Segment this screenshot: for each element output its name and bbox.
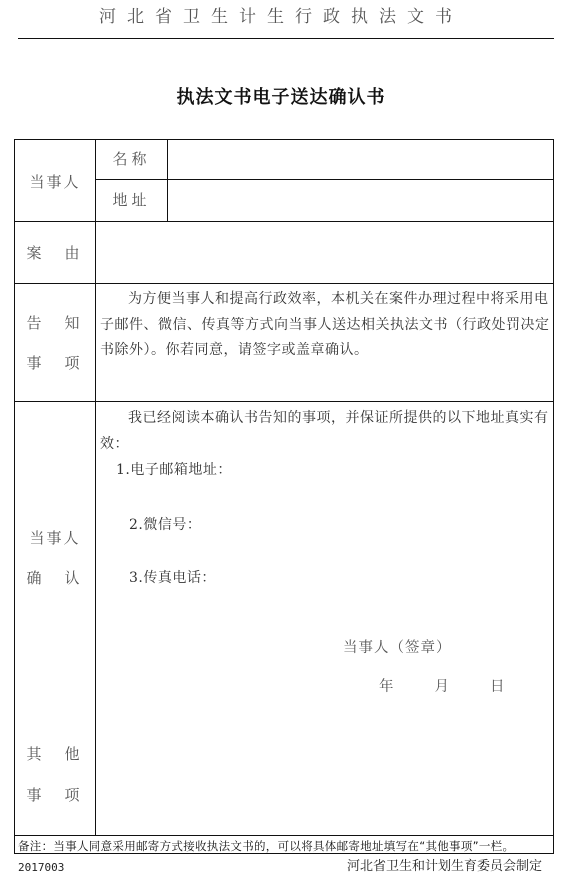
divider-after-party: [15, 221, 553, 222]
party-address-field[interactable]: [169, 182, 551, 220]
divider-after-case-cause: [15, 283, 553, 284]
fax-item-label: 3.传真电话：: [129, 566, 216, 592]
notice-text: 为方便当事人和提高行政效率，本机关在案件办理过程中将采用电子邮件、微信、传真等方…: [100, 287, 550, 364]
header-divider: [18, 38, 554, 39]
notice-label-line2: 事 项: [15, 353, 95, 373]
divider-sublabel-column: [167, 140, 168, 222]
case-cause-field[interactable]: [97, 224, 551, 282]
confirmation-intro: 我已经阅读本确认书告知的事项，并保证所提供的以下地址真实有效：: [100, 406, 550, 457]
divider-before-note: [15, 835, 553, 836]
document-title: 执法文书电子送达确认书: [0, 86, 562, 110]
issuer: 河北省卫生和计划生育委员会制定: [347, 858, 542, 876]
other-label-line1: 其 他: [15, 744, 95, 764]
wechat-field[interactable]: [215, 513, 545, 537]
case-cause-label: 案 由: [15, 243, 95, 263]
signature-field[interactable]: [315, 630, 515, 666]
email-item-label: 1.电子邮箱地址：: [116, 458, 232, 484]
party-name-label: 名称: [96, 149, 167, 169]
confirmation-label-line2: 确 认: [15, 568, 95, 588]
fax-field[interactable]: [225, 566, 545, 590]
other-field[interactable]: [97, 710, 551, 832]
other-label-line2: 事 项: [15, 785, 95, 805]
document-code: 2017003: [18, 860, 64, 876]
divider-label-column: [95, 140, 96, 836]
wechat-item-label: 2.微信号：: [129, 513, 201, 539]
email-field[interactable]: [235, 458, 545, 482]
signature-date: 年 月 日: [379, 675, 509, 701]
confirmation-label-line1: 当事人: [15, 528, 95, 548]
party-name-field[interactable]: [169, 142, 551, 178]
remark-note: 备注：当事人同意采用邮寄方式接收执法文书的，可以将具体邮寄地址填写在“其他事项”…: [18, 838, 514, 854]
divider-name-address: [95, 179, 553, 180]
header-title: 河北省卫生计生行政执法文书: [0, 6, 562, 28]
divider-after-notice: [15, 401, 553, 402]
notice-label-line1: 告 知: [15, 313, 95, 333]
form-table: 当事人 名称 地址 案 由 告 知 事 项 为方便当事人和提高行政效率，本机关在…: [14, 139, 554, 854]
party-label: 当事人: [15, 172, 95, 192]
party-address-label: 地址: [96, 190, 167, 210]
